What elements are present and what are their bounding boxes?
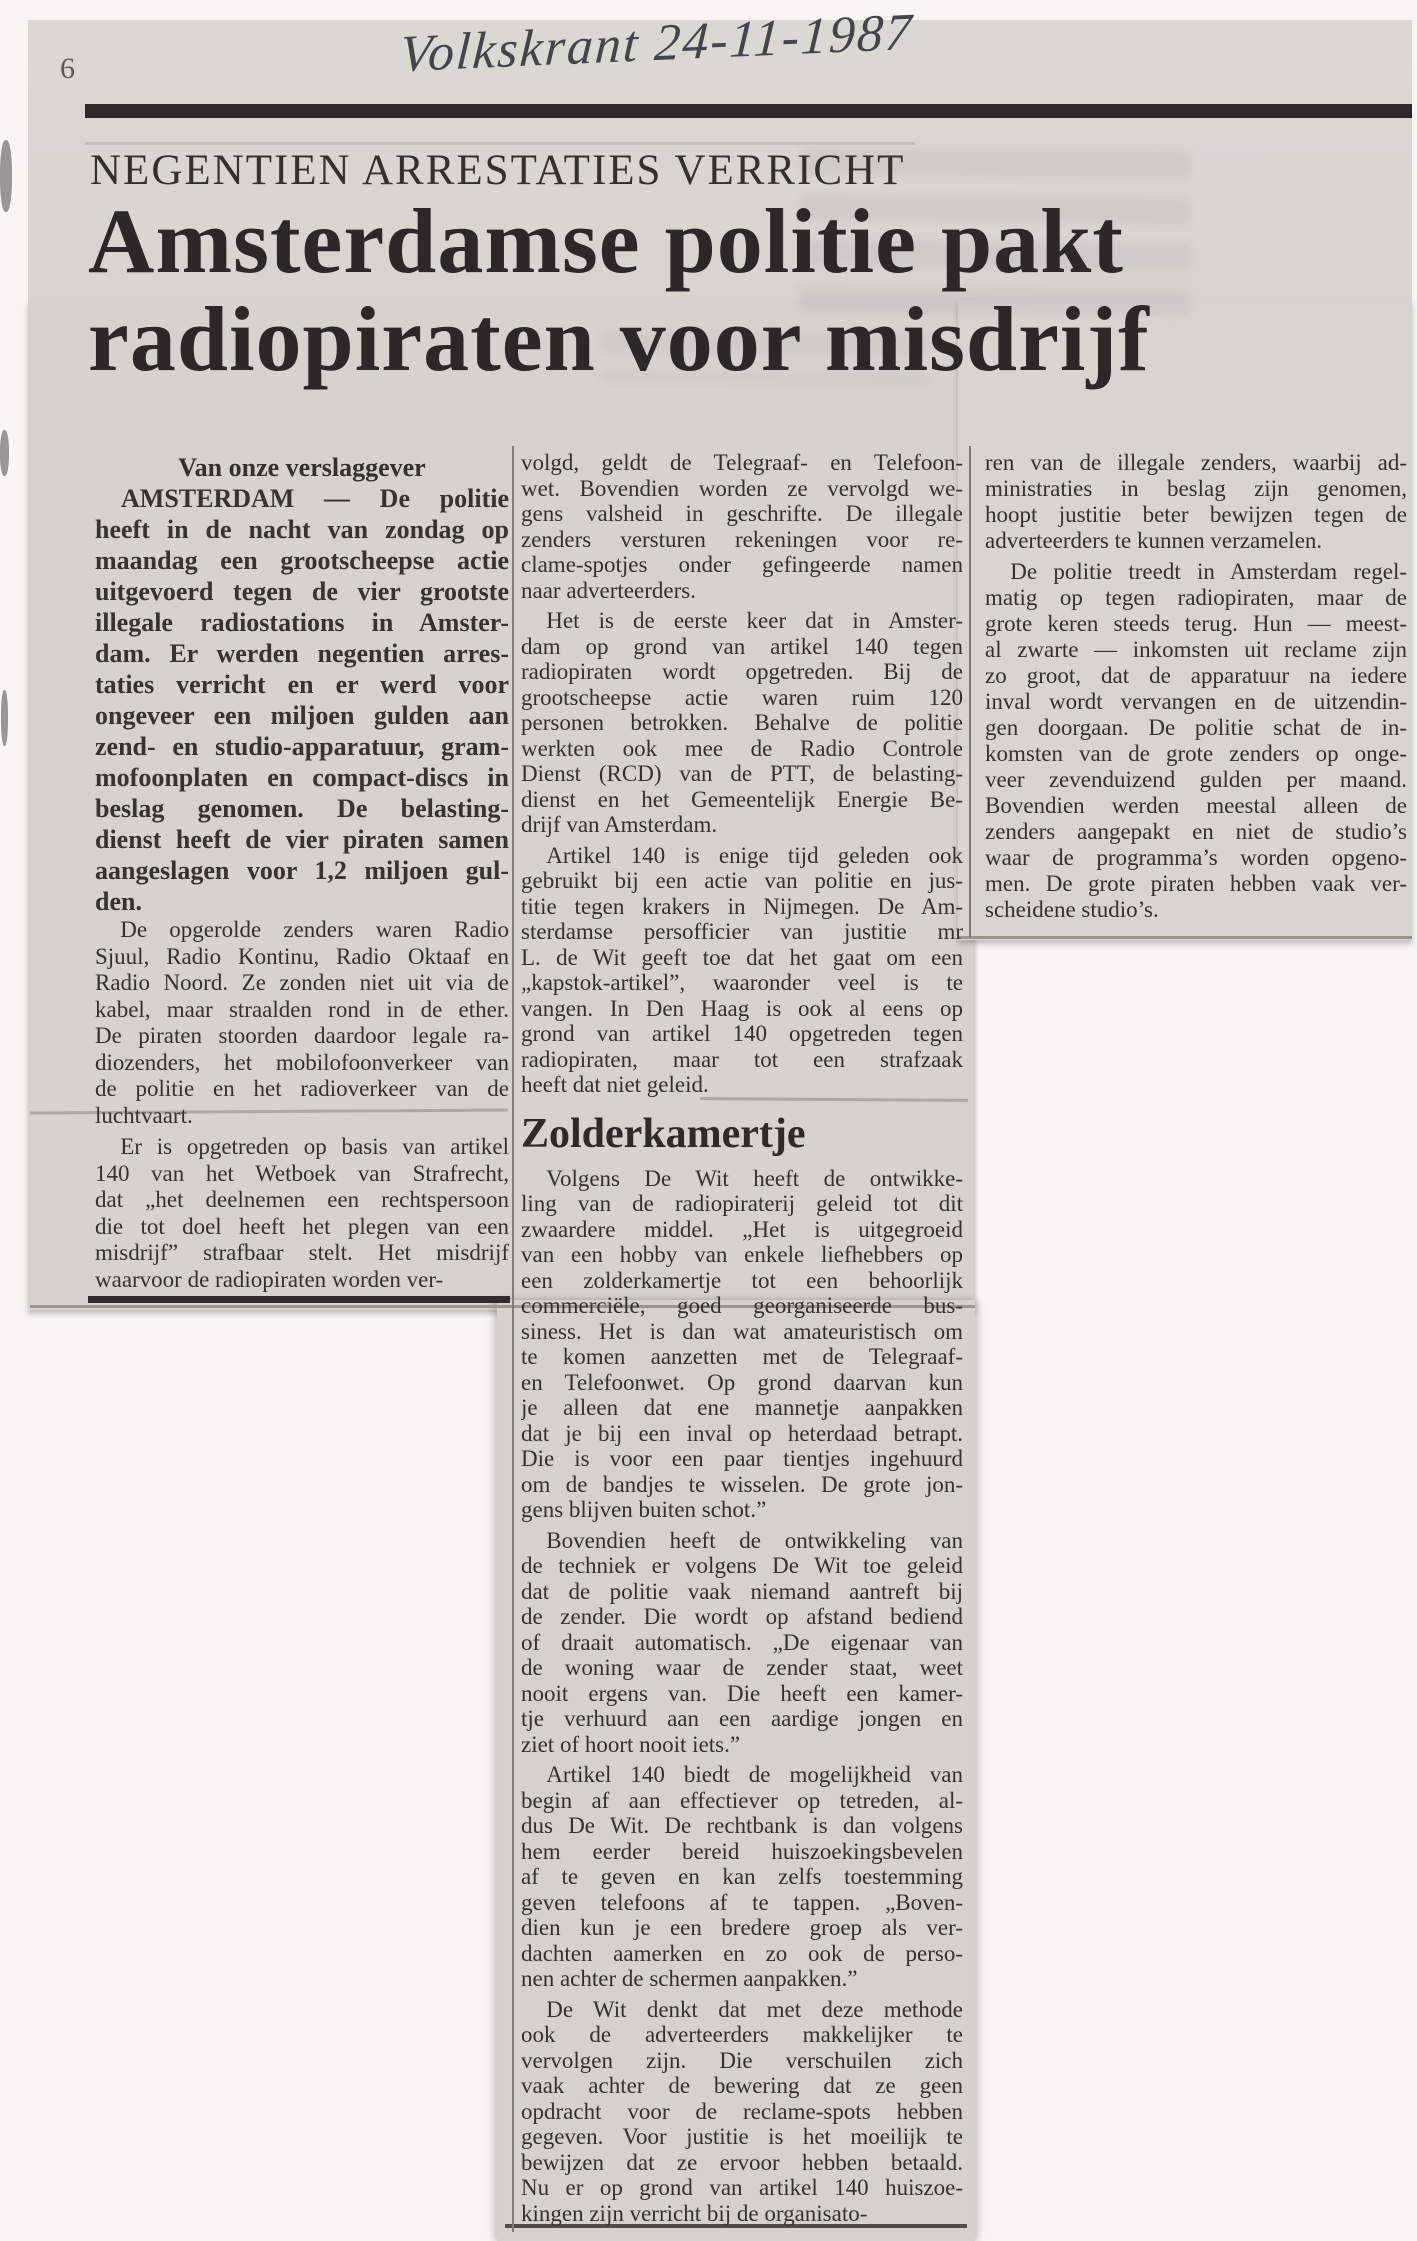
text-line: dien kun je een bredere groep als ver- [521, 1915, 963, 1941]
text-line: L. de Wit geeft toe dat het gaat om een [521, 945, 963, 971]
text-line: drijf van Amsterdam. [521, 812, 963, 838]
text-line: kingen zijn verricht bij de organisato- [521, 2201, 963, 2227]
text-line: dam op grond van artikel 140 tegen [521, 634, 963, 660]
text-line: dienst en het Gemeentelijk Energie Be- [521, 787, 963, 813]
text-line: veer zevenduizend gulden per maand. [985, 767, 1407, 793]
paragraph: De Wit denkt dat met deze methodeook de … [521, 1997, 963, 2227]
text-line: al zwarte — inkomsten uit reclame zijn [985, 637, 1407, 663]
text-line: dat „het deelnemen een rechtspersoon [95, 1187, 509, 1214]
text-line: Dienst (RCD) van de PTT, de belasting- [521, 761, 963, 787]
paragraph: volgd, geldt de Telegraaf- en Telefoon-w… [521, 450, 963, 603]
text-line: naar adverteerders. [521, 578, 963, 604]
text-line: de woning waar de zender staat, weet [521, 1655, 963, 1681]
scan-artifact [0, 140, 12, 212]
text-line: zenders versturen rekeningen voor re- [521, 527, 963, 553]
column2-body-after-subhead: Volgens De Wit heeft de ontwikke-ling va… [521, 1166, 963, 2227]
text-line: grond van artikel 140 opgetreden tegen [521, 1021, 963, 1047]
text-line: De piraten stoorden daardoor legale ra- [95, 1023, 509, 1050]
text-line: tje verhuurd aan een aardige jongen en [521, 1706, 963, 1732]
text-line: Bovendien werden meestal alleen de [985, 793, 1407, 819]
text-line: vaak achter de bewering dat ze geen [521, 2073, 963, 2099]
text-line: Sjuul, Radio Kontinu, Radio Oktaaf en [95, 944, 509, 971]
text-line: dienst heeft de vier piraten samen [95, 824, 509, 855]
text-line: radiopiraten, maar tot een strafzaak [521, 1047, 963, 1073]
paragraph: Artikel 140 biedt de mogelijkheid vanbeg… [521, 1762, 963, 1992]
text-line: van een hobby van enkele liefhebbers op [521, 1242, 963, 1268]
text-line: titie tegen krakers in Nijmegen. De Am- [521, 894, 963, 920]
text-line: hem eerder bereid huiszoekingsbevelen [521, 1839, 963, 1865]
text-line: clame-spotjes onder gefingeerde namen [521, 552, 963, 578]
text-line: om de bandjes te wisselen. De grote jon- [521, 1472, 963, 1498]
text-line: De opgerolde zenders waren Radio [95, 917, 509, 944]
text-line: de politie en het radioverkeer van de [95, 1076, 509, 1103]
column1-body: De opgerolde zenders waren RadioSjuul, R… [95, 917, 509, 1293]
text-line: dat de politie vaak niemand aantreft bij [521, 1579, 963, 1605]
text-line: gens blijven buiten schot.” [521, 1497, 963, 1523]
text-line: vervolgen zijn. Die verschuilen zich [521, 2048, 963, 2074]
text-line: wet. Bovendien worden ze vervolgd we- [521, 476, 963, 502]
main-headline: Amsterdamse politie pakt radiopiraten vo… [88, 192, 1150, 388]
paragraph: Bovendien heeft de ontwikkeling vande te… [521, 1528, 963, 1758]
text-line: maandag een grootscheepse actie [95, 545, 509, 576]
text-line: heeft in de nacht van zondag op [95, 514, 509, 545]
text-line: scheidene studio’s. [985, 897, 1407, 923]
kicker-headline: NEGENTIEN ARRESTATIES VERRICHT [90, 146, 905, 195]
text-line: ziet of hoort nooit iets.” [521, 1732, 963, 1758]
text-line: Artikel 140 is enige tijd geleden ook [521, 843, 963, 869]
column-divider [512, 446, 514, 2232]
text-line: den. [95, 886, 509, 917]
masthead-rule [85, 104, 1412, 118]
text-line: taties verricht en er werd voor [95, 669, 509, 700]
text-line: te komen aanzetten met de Telegraaf- [521, 1344, 963, 1370]
article-column-3: ren van de illegale zenders, waarbij ad-… [985, 450, 1407, 923]
text-line: 140 van het Wetboek van Strafrecht, [95, 1161, 509, 1188]
text-line: luchtvaart. [95, 1103, 509, 1130]
text-line: ongeveer een miljoen gulden aan [95, 700, 509, 731]
text-line: geven telefoons af te tappen. „Boven- [521, 1890, 963, 1916]
text-line: die tot doel heeft het plegen van een [95, 1214, 509, 1241]
paragraph: De opgerolde zenders waren RadioSjuul, R… [95, 917, 509, 1129]
article-column-1: Van onze verslaggever AMSTERDAM — De pol… [95, 452, 509, 1293]
text-line: illegale radiostations in Amster- [95, 607, 509, 638]
text-line: hoopt justitie beter bewijzen tegen de [985, 502, 1407, 528]
text-line: commerciële, goed georganiseerde bus- [521, 1293, 963, 1319]
paragraph: Artikel 140 is enige tijd geleden ookgeb… [521, 843, 963, 1098]
text-line: of draait automatisch. „De eigenaar van [521, 1630, 963, 1656]
text-line: De Wit denkt dat met deze methode [521, 1997, 963, 2023]
text-line: nooit ergens van. Die heeft een kamer- [521, 1681, 963, 1707]
paragraph: ren van de illegale zenders, waarbij ad-… [985, 450, 1407, 554]
text-line: een zolderkamertje tot een behoorlijk [521, 1268, 963, 1294]
text-line: je alleen dat ene mannetje aanpakken [521, 1395, 963, 1421]
text-line: grote keren steeds terug. Hun — meest- [985, 611, 1407, 637]
text-line: gen doorgaan. De politie schat de in- [985, 715, 1407, 741]
text-line: komsten van de grote zenders op onge- [985, 741, 1407, 767]
text-line: beslag genomen. De belasting- [95, 793, 509, 824]
byline: Van onze verslaggever [95, 452, 509, 483]
text-line: volgd, geldt de Telegraaf- en Telefoon- [521, 450, 963, 476]
column-divider [969, 446, 971, 938]
text-line: AMSTERDAM — De politie [95, 483, 509, 514]
text-line: zend- en studio-apparatuur, gram- [95, 731, 509, 762]
text-line: werkten ook mee de Radio Controle [521, 736, 963, 762]
text-line: Volgens De Wit heeft de ontwikke- [521, 1166, 963, 1192]
text-line: dachten aamerken en zo ook de perso- [521, 1941, 963, 1967]
masthead-rule-shadow [85, 142, 915, 145]
text-line: misdrijf” strafbaar stelt. Het misdrijf [95, 1240, 509, 1267]
subhead-zolderkamertje: Zolderkamertje [521, 1112, 963, 1156]
text-line: Artikel 140 biedt de mogelijkheid van [521, 1762, 963, 1788]
clipping-torn-edge [958, 936, 1412, 939]
text-line: nen achter de schermen aanpakken.” [521, 1966, 963, 1992]
text-line: gebruikt bij een actie van politie en ju… [521, 868, 963, 894]
text-line: dam. Er werden negentien arres- [95, 638, 509, 669]
text-line: zwaardere middel. „Het is uitgegroeid [521, 1217, 963, 1243]
headline-line-2: radiopiraten voor misdrijf [88, 290, 1150, 388]
text-line: aangeslagen voor 1,2 miljoen gul- [95, 855, 509, 886]
headline-line-1: Amsterdamse politie pakt [88, 192, 1150, 290]
text-line: De politie treedt in Amsterdam regel- [985, 559, 1407, 585]
text-line: dus De Wit. De rechtbank is dan volgens [521, 1813, 963, 1839]
text-line: Bovendien heeft de ontwikkeling van [521, 1528, 963, 1554]
text-line: men. De grote piraten hebben vaak ver- [985, 871, 1407, 897]
article-column-2: volgd, geldt de Telegraaf- en Telefoon-w… [521, 450, 963, 2226]
text-line: begin af aan effectiever op tetreden, al… [521, 1788, 963, 1814]
page-number: 6 [60, 52, 75, 86]
text-line: diozenders, het mobilofoonverkeer van [95, 1050, 509, 1077]
text-line: Radio Noord. Ze zonden niet uit via de [95, 970, 509, 997]
text-line: „kapstok-artikel”, waaronder veel is te [521, 970, 963, 996]
scanned-newspaper-clipping: { "scan": { "page_number": "6", "handwri… [0, 0, 1417, 2241]
text-line: matig op tegen radiopiraten, maar de [985, 585, 1407, 611]
text-line: en Telefoonwet. Op grond daarvan kun [521, 1370, 963, 1396]
text-line: uitgevoerd tegen de vier grootste [95, 576, 509, 607]
text-line: gens valsheid in geschrifte. De illegale [521, 501, 963, 527]
text-line: ling van de radiopiraterij geleid tot di… [521, 1191, 963, 1217]
text-line: personen betrokken. Behalve de politie [521, 710, 963, 736]
text-line: sterdamse persofficier van justitie mr [521, 919, 963, 945]
text-line: adverteerders te kunnen verzamelen. [985, 528, 1407, 554]
text-line: Nu er op grond van artikel 140 huiszoe- [521, 2175, 963, 2201]
text-line: de zender. Die wordt op afstand bediend [521, 1604, 963, 1630]
text-line: af te geven en kan zelfs toestemming [521, 1864, 963, 1890]
text-line: mofoonplaten en compact-discs in [95, 762, 509, 793]
text-line: zenders aangepakt en niet de studio’s [985, 819, 1407, 845]
text-line: heeft dat niet geleid. [521, 1072, 963, 1098]
paragraph: Het is de eerste keer dat in Amster-dam … [521, 608, 963, 838]
text-line: inval wordt vervangen en de uitzendin- [985, 689, 1407, 715]
text-line: ook de adverteerders makkelijker te [521, 2022, 963, 2048]
scan-artifact [1, 690, 8, 746]
paragraph: Er is opgetreden op basis van artikel140… [95, 1134, 509, 1293]
lead-paragraph: AMSTERDAM — De politieheeft in de nacht … [95, 483, 509, 917]
text-line: bewijzen dat ze ervoor hebben betaald. [521, 2150, 963, 2176]
column1-bottom-rule [88, 1296, 510, 1303]
text-line: ministraties in beslag zijn genomen, [985, 476, 1407, 502]
text-line: opdracht voor de reclame-spots hebben [521, 2099, 963, 2125]
scan-artifact [0, 430, 9, 476]
text-line: waar de programma’s worden opgeno- [985, 845, 1407, 871]
text-line: kabel, maar straalden rond in de ether. [95, 997, 509, 1024]
text-line: radiopiraten wordt opgetreden. Bij de [521, 659, 963, 685]
text-line: vangen. In Den Haag is ook al eens op [521, 996, 963, 1022]
text-line: ren van de illegale zenders, waarbij ad- [985, 450, 1407, 476]
text-line: grootscheepse actie waren ruim 120 [521, 685, 963, 711]
text-line: siness. Het is dan wat amateuristisch om [521, 1319, 963, 1345]
column2-body-before-subhead: volgd, geldt de Telegraaf- en Telefoon-w… [521, 450, 963, 1098]
text-line: zo groot, dat de apparatuur na iedere [985, 663, 1407, 689]
paragraph: De politie treedt in Amsterdam regel-mat… [985, 559, 1407, 923]
text-line: waarvoor de radiopiraten worden ver- [95, 1267, 509, 1294]
text-line: Er is opgetreden op basis van artikel [95, 1134, 509, 1161]
paragraph: Volgens De Wit heeft de ontwikke-ling va… [521, 1166, 963, 1523]
text-line: Het is de eerste keer dat in Amster- [521, 608, 963, 634]
text-line: de techniek er volgens De Wit toe geleid [521, 1553, 963, 1579]
text-line: gegeven. Voor justitie is het moeilijk t… [521, 2124, 963, 2150]
text-line: dat je bij een inval op heterdaad betrap… [521, 1421, 963, 1447]
text-line: Die is voor een paar tientjes ingehuurd [521, 1446, 963, 1472]
